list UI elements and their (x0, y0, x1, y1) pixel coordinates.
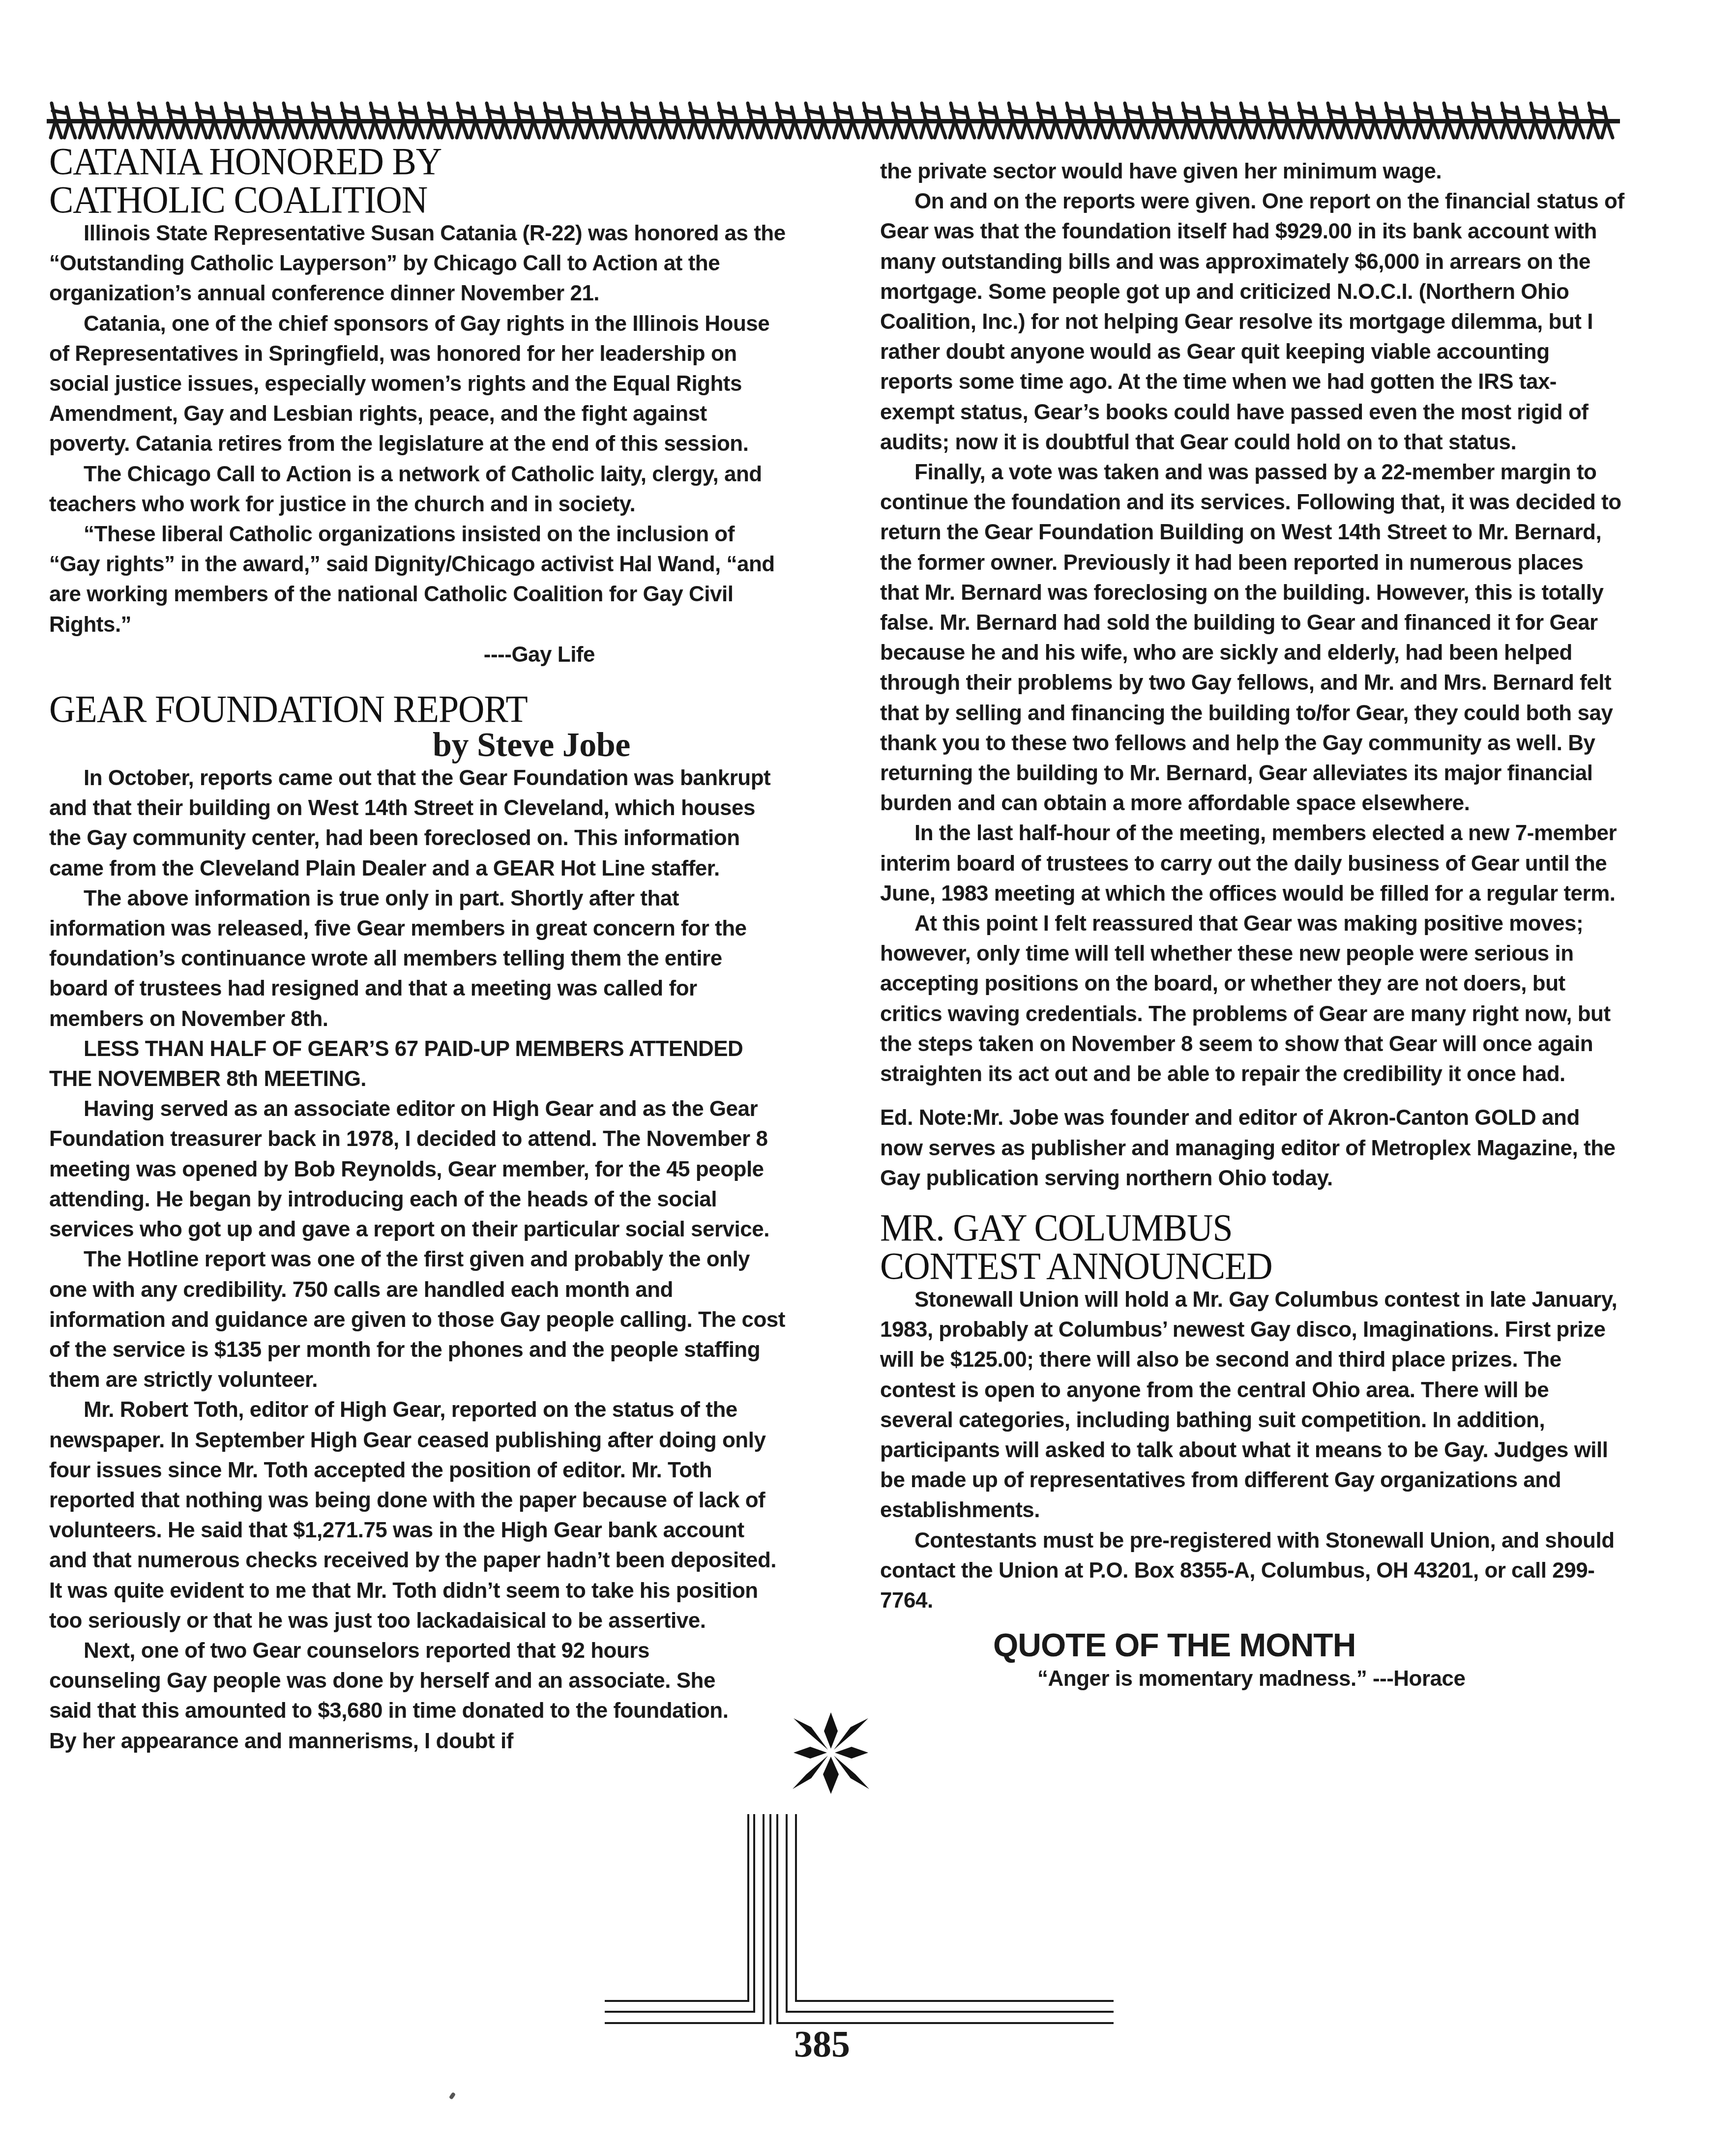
headline-gear: GEAR FOUNDATION REPORT (49, 689, 787, 730)
headline-columbus-2: CONTEST ANNOUNCED (880, 1246, 1627, 1287)
byline: by Steve Jobe (49, 728, 787, 763)
paragraph-caps: LESS THAN HALF OF GEAR’S 67 PAID-UP MEMB… (49, 1034, 787, 1094)
paragraph: Mr. Robert Toth, editor of High Gear, re… (49, 1395, 787, 1636)
paragraph: On and on the reports were given. One re… (880, 186, 1627, 457)
corner-line-ornament (590, 1804, 1141, 2060)
paragraph: Finally, a vote was taken and was passed… (880, 457, 1627, 818)
headline-columbus-1: MR. GAY COLUMBUS (880, 1208, 1627, 1248)
paragraph: At this point I felt reassured that Gear… (880, 909, 1627, 1089)
headline-catania-2: CATHOLIC COALITION (49, 180, 787, 220)
paragraph: In October, reports came out that the Ge… (49, 763, 787, 883)
article-gear-report: GEAR FOUNDATION REPORT by Steve Jobe In … (49, 689, 787, 1756)
decorative-figure-border (47, 98, 1620, 143)
print-speck (449, 2092, 456, 2100)
paragraph: The Chicago Call to Action is a network … (49, 459, 787, 519)
paragraph: In the last half-hour of the meeting, me… (880, 818, 1627, 909)
right-column: the private sector would have given her … (880, 156, 1627, 1694)
paragraph: Next, one of two Gear counselors reporte… (49, 1636, 747, 1756)
quote-of-the-month: QUOTE OF THE MONTH “Anger is momentary m… (880, 1626, 1627, 1694)
article-mr-gay-columbus: MR. GAY COLUMBUS CONTEST ANNOUNCED Stone… (880, 1208, 1627, 1615)
paragraph: Having served as an associate editor on … (49, 1094, 787, 1244)
article-catania: CATANIA HONORED BY CATHOLIC COALITION Il… (49, 142, 787, 670)
paragraph: Stonewall Union will hold a Mr. Gay Colu… (880, 1285, 1627, 1526)
paragraph: Illinois State Representative Susan Cata… (49, 218, 787, 309)
quote-text: “Anger is momentary madness.” ---Horace (1037, 1664, 1627, 1694)
paragraph: Contestants must be pre-registered with … (880, 1526, 1627, 1616)
paragraph: Catania, one of the chief sponsors of Ga… (49, 309, 787, 459)
paragraph: “These liberal Catholic organizations in… (49, 519, 787, 640)
headline-catania-1: CATANIA HONORED BY (49, 142, 787, 182)
editor-note: Ed. Note:Mr. Jobe was founder and editor… (880, 1103, 1627, 1193)
quote-title: QUOTE OF THE MONTH (993, 1626, 1627, 1664)
article-gear-continued: the private sector would have given her … (880, 156, 1627, 1193)
paragraph: The Hotline report was one of the first … (49, 1244, 787, 1395)
eight-point-star-icon (792, 1711, 870, 1794)
paragraph: the private sector would have given her … (880, 156, 1627, 186)
source-credit: ----Gay Life (49, 640, 787, 670)
left-column: CATANIA HONORED BY CATHOLIC COALITION Il… (49, 142, 787, 1756)
paragraph: The above information is true only in pa… (49, 883, 787, 1034)
page-number: 385 (794, 2023, 850, 2066)
